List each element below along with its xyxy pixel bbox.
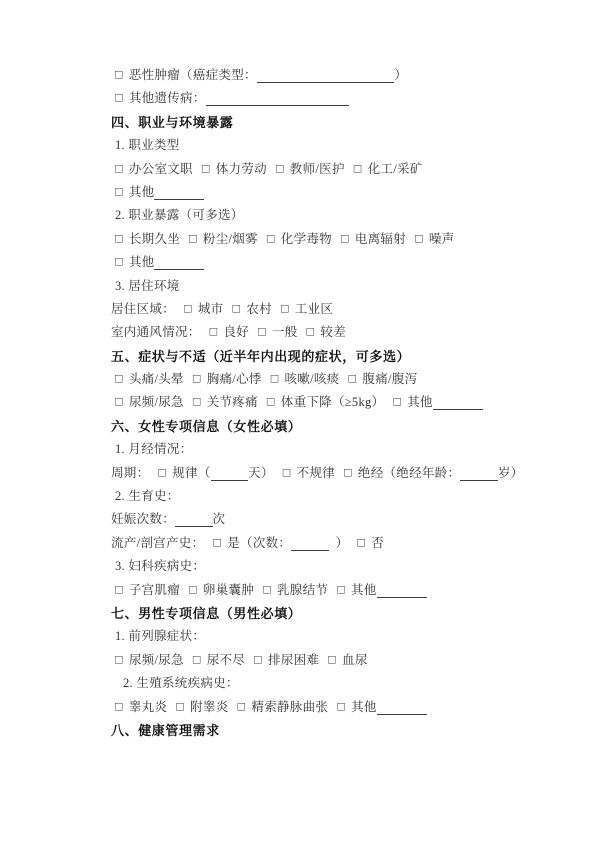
- text-run: 胸痛/心悸: [207, 372, 262, 386]
- blank-underline[interactable]: ________: [154, 255, 204, 270]
- text-run: 是（次数：: [227, 536, 291, 550]
- line-reproductive-options: □睾丸炎□附睾炎□精索静脉曲张□其他________: [111, 696, 531, 719]
- checkbox-icon[interactable]: □: [115, 648, 123, 671]
- checkbox-icon[interactable]: □: [115, 227, 123, 250]
- text-run: 血尿: [342, 653, 368, 667]
- checkbox-icon[interactable]: □: [393, 391, 401, 414]
- text-run: 粉尘/烟雾: [203, 232, 258, 246]
- blank-underline[interactable]: ______: [460, 466, 498, 481]
- text-run: 关节疼痛: [207, 395, 258, 409]
- line-exposure-label: 2. 职业暴露（可多选）: [111, 204, 531, 227]
- blank-underline[interactable]: ______: [175, 512, 213, 527]
- blank-underline[interactable]: ________: [433, 395, 483, 410]
- checkbox-icon[interactable]: □: [258, 321, 266, 344]
- line-prostate-label: 1. 前列腺症状：: [111, 625, 531, 648]
- line-occupation-other: □其他________: [111, 181, 531, 204]
- text-run: 尿频/尿急: [129, 653, 184, 667]
- text-run: 八、健康管理需求: [111, 723, 220, 738]
- line-residence-area: 居住区域：□城市□农村□工业区: [111, 298, 531, 321]
- text-run: 岁）: [498, 466, 524, 480]
- checkbox-icon[interactable]: □: [158, 461, 166, 484]
- text-run: 噪声: [429, 232, 455, 246]
- checkbox-icon[interactable]: □: [276, 157, 284, 180]
- blank-underline[interactable]: _______________________: [206, 91, 350, 106]
- text-run: 附睾炎: [190, 700, 228, 714]
- line-symptoms-row-2: □尿频/尿急□关节疼痛□体重下降（≥5kg）□其他________: [111, 391, 531, 414]
- checkbox-icon[interactable]: □: [337, 578, 345, 601]
- text-run: 2. 生殖系统疾病史：: [123, 676, 239, 690]
- checkbox-icon[interactable]: □: [115, 578, 123, 601]
- checkbox-icon[interactable]: □: [193, 391, 201, 414]
- text-run: 尿不尽: [207, 653, 245, 667]
- text-run: 六、女性专项信息（女性必填）: [111, 419, 301, 434]
- document-page: □恶性肿瘤（癌症类型：______________________） □其他遗传…: [0, 0, 600, 848]
- text-run: 3. 妇科疾病史：: [115, 559, 205, 573]
- blank-underline[interactable]: ______________________: [257, 68, 395, 83]
- blank-underline[interactable]: ______: [291, 536, 329, 551]
- text-run: 头痛/头晕: [129, 372, 184, 386]
- text-run: 卵巢囊肿: [203, 583, 254, 597]
- checkbox-icon[interactable]: □: [415, 227, 423, 250]
- text-run: 周期：: [111, 466, 149, 480]
- text-run: 其他: [351, 700, 377, 714]
- blank-underline[interactable]: ________: [154, 185, 204, 200]
- text-run: ）: [394, 68, 407, 82]
- text-run: 七、男性专项信息（男性必填）: [111, 606, 301, 621]
- checkbox-icon[interactable]: □: [283, 461, 291, 484]
- text-run: 咳嗽/咳痰: [285, 372, 340, 386]
- checkbox-icon[interactable]: □: [267, 227, 275, 250]
- text-run: 乳腺结节: [277, 583, 328, 597]
- checkbox-icon[interactable]: □: [238, 695, 246, 718]
- text-run: 一般: [272, 325, 298, 339]
- heading-section-7-male: 七、男性专项信息（男性必填）: [111, 602, 531, 625]
- text-run: 室内通风情况：: [111, 325, 201, 339]
- text-run: 1. 前列腺症状：: [115, 629, 205, 643]
- text-run: 其他: [351, 583, 377, 597]
- text-run: 流产/剖宫产史：: [111, 536, 204, 550]
- checkbox-icon[interactable]: □: [357, 531, 365, 554]
- checkbox-icon[interactable]: □: [307, 321, 315, 344]
- checkbox-icon[interactable]: □: [263, 578, 271, 601]
- line-ventilation: 室内通风情况：□良好□一般□较差: [111, 321, 531, 344]
- text-run: 五、症状与不适（近半年内出现的症状，可多选）: [111, 349, 410, 364]
- checkbox-icon[interactable]: □: [349, 368, 357, 391]
- checkbox-icon[interactable]: □: [115, 87, 123, 110]
- checkbox-icon[interactable]: □: [184, 297, 192, 320]
- checkbox-icon[interactable]: □: [189, 227, 197, 250]
- text-run: 长期久坐: [129, 232, 180, 246]
- text-run: 体重下降（≥5kg）: [281, 395, 385, 409]
- heading-section-8-health-management: 八、健康管理需求: [111, 719, 531, 742]
- checkbox-icon[interactable]: □: [115, 251, 123, 274]
- heading-section-6-female: 六、女性专项信息（女性必填）: [111, 415, 531, 438]
- text-run: 体力劳动: [216, 162, 267, 176]
- text-run: 子宫肌瘤: [129, 583, 180, 597]
- text-run: 农村: [246, 302, 272, 316]
- line-malignant-tumor: □恶性肿瘤（癌症类型：______________________）: [111, 64, 531, 87]
- text-run: 2. 职业暴露（可多选）: [115, 208, 244, 222]
- text-run: 否: [371, 536, 384, 550]
- line-abortion-history: 流产/剖宫产史：□是（次数：______ ）□否: [111, 532, 531, 555]
- text-run: 办公室文职: [129, 162, 193, 176]
- checkbox-icon[interactable]: □: [176, 695, 184, 718]
- text-run: 绝经（绝经年龄：: [358, 466, 460, 480]
- text-run: 化学毒物: [281, 232, 332, 246]
- line-fertility-label: 2. 生育史：: [111, 485, 531, 508]
- text-run: 不规律: [297, 466, 335, 480]
- text-run: 较差: [320, 325, 346, 339]
- text-run: 居住区域：: [111, 302, 175, 316]
- text-run: 良好: [223, 325, 249, 339]
- text-run: 2. 生育史：: [115, 489, 180, 503]
- checkbox-icon[interactable]: □: [189, 578, 197, 601]
- text-run: 其他: [129, 185, 155, 199]
- text-run: 排尿困难: [268, 653, 319, 667]
- checkbox-icon[interactable]: □: [271, 368, 279, 391]
- text-run: 教师/医护: [290, 162, 345, 176]
- heading-section-5-symptoms: 五、症状与不适（近半年内出现的症状，可多选）: [111, 345, 531, 368]
- checkbox-icon[interactable]: □: [254, 648, 262, 671]
- checkbox-icon[interactable]: □: [344, 461, 352, 484]
- checkbox-icon[interactable]: □: [115, 180, 123, 203]
- text-run: 规律（: [172, 466, 210, 480]
- checkbox-icon[interactable]: □: [213, 531, 221, 554]
- text-run: 其他遗传病：: [129, 91, 206, 105]
- text-run: 尿频/尿急: [129, 395, 184, 409]
- text-run: 电离辐射: [355, 232, 406, 246]
- line-exposure-options: □长期久坐□粉尘/烟雾□化学毒物□电离辐射□噪声: [111, 228, 531, 251]
- blank-underline[interactable]: ________: [377, 583, 427, 598]
- checkbox-icon[interactable]: □: [281, 297, 289, 320]
- text-run: 腹痛/腹泻: [362, 372, 417, 386]
- text-run: 1. 月经情况：: [115, 442, 192, 456]
- checkbox-icon[interactable]: □: [115, 391, 123, 414]
- text-run: 其他: [129, 255, 155, 269]
- line-exposure-other: □其他________: [111, 251, 531, 274]
- text-run: 精索静脉曲张: [251, 700, 328, 714]
- checkbox-icon[interactable]: □: [341, 227, 349, 250]
- checkbox-icon[interactable]: □: [193, 368, 201, 391]
- form-content: □恶性肿瘤（癌症类型：______________________） □其他遗传…: [111, 64, 531, 742]
- line-gynecological-label: 3. 妇科疾病史：: [111, 555, 531, 578]
- checkbox-icon[interactable]: □: [267, 391, 275, 414]
- text-run: 化工/采矿: [368, 162, 423, 176]
- text-run: 其他: [407, 395, 433, 409]
- text-run: 工业区: [295, 302, 333, 316]
- line-other-genetic-disease: □其他遗传病：_______________________: [111, 87, 531, 110]
- line-reproductive-label: 2. 生殖系统疾病史：: [111, 672, 531, 695]
- blank-underline[interactable]: ______: [211, 466, 249, 481]
- text-run: 1. 职业类型: [115, 138, 180, 152]
- checkbox-icon[interactable]: □: [328, 648, 336, 671]
- line-occupation-type-label: 1. 职业类型: [111, 134, 531, 157]
- line-menstrual-label: 1. 月经情况：: [111, 438, 531, 461]
- text-run: 妊娠次数：: [111, 512, 175, 526]
- heading-section-4-occupation-env: 四、职业与环境暴露: [111, 111, 531, 134]
- checkbox-icon[interactable]: □: [354, 157, 362, 180]
- checkbox-icon[interactable]: □: [210, 321, 218, 344]
- checkbox-icon[interactable]: □: [115, 64, 123, 87]
- checkbox-icon[interactable]: □: [232, 297, 240, 320]
- checkbox-icon[interactable]: □: [115, 695, 123, 718]
- blank-underline[interactable]: ________: [377, 700, 427, 715]
- checkbox-icon[interactable]: □: [337, 695, 345, 718]
- line-prostate-options: □尿频/尿急□尿不尽□排尿困难□血尿: [111, 649, 531, 672]
- checkbox-icon[interactable]: □: [115, 157, 123, 180]
- checkbox-icon[interactable]: □: [193, 648, 201, 671]
- checkbox-icon[interactable]: □: [115, 368, 123, 391]
- text-run: 四、职业与环境暴露: [111, 115, 233, 130]
- line-occupation-options: □办公室文职□体力劳动□教师/医护□化工/采矿: [111, 158, 531, 181]
- text-run: 天）: [248, 466, 274, 480]
- text-run: 恶性肿瘤（癌症类型：: [129, 68, 257, 82]
- text-run: 城市: [198, 302, 224, 316]
- text-run: 3. 居住环境: [115, 279, 180, 293]
- line-menstrual-cycle: 周期：□规律（______天）□不规律□绝经（绝经年龄：______岁）: [111, 462, 531, 485]
- checkbox-icon[interactable]: □: [202, 157, 210, 180]
- text-run: 次: [213, 512, 226, 526]
- text-run: 睾丸炎: [129, 700, 167, 714]
- text-run: ）: [329, 536, 349, 550]
- line-pregnancy-count: 妊娠次数：______次: [111, 508, 531, 531]
- line-symptoms-row-1: □头痛/头晕□胸痛/心悸□咳嗽/咳痰□腹痛/腹泻: [111, 368, 531, 391]
- line-living-env-label: 3. 居住环境: [111, 275, 531, 298]
- line-gynecological-options: □子宫肌瘤□卵巢囊肿□乳腺结节□其他________: [111, 579, 531, 602]
